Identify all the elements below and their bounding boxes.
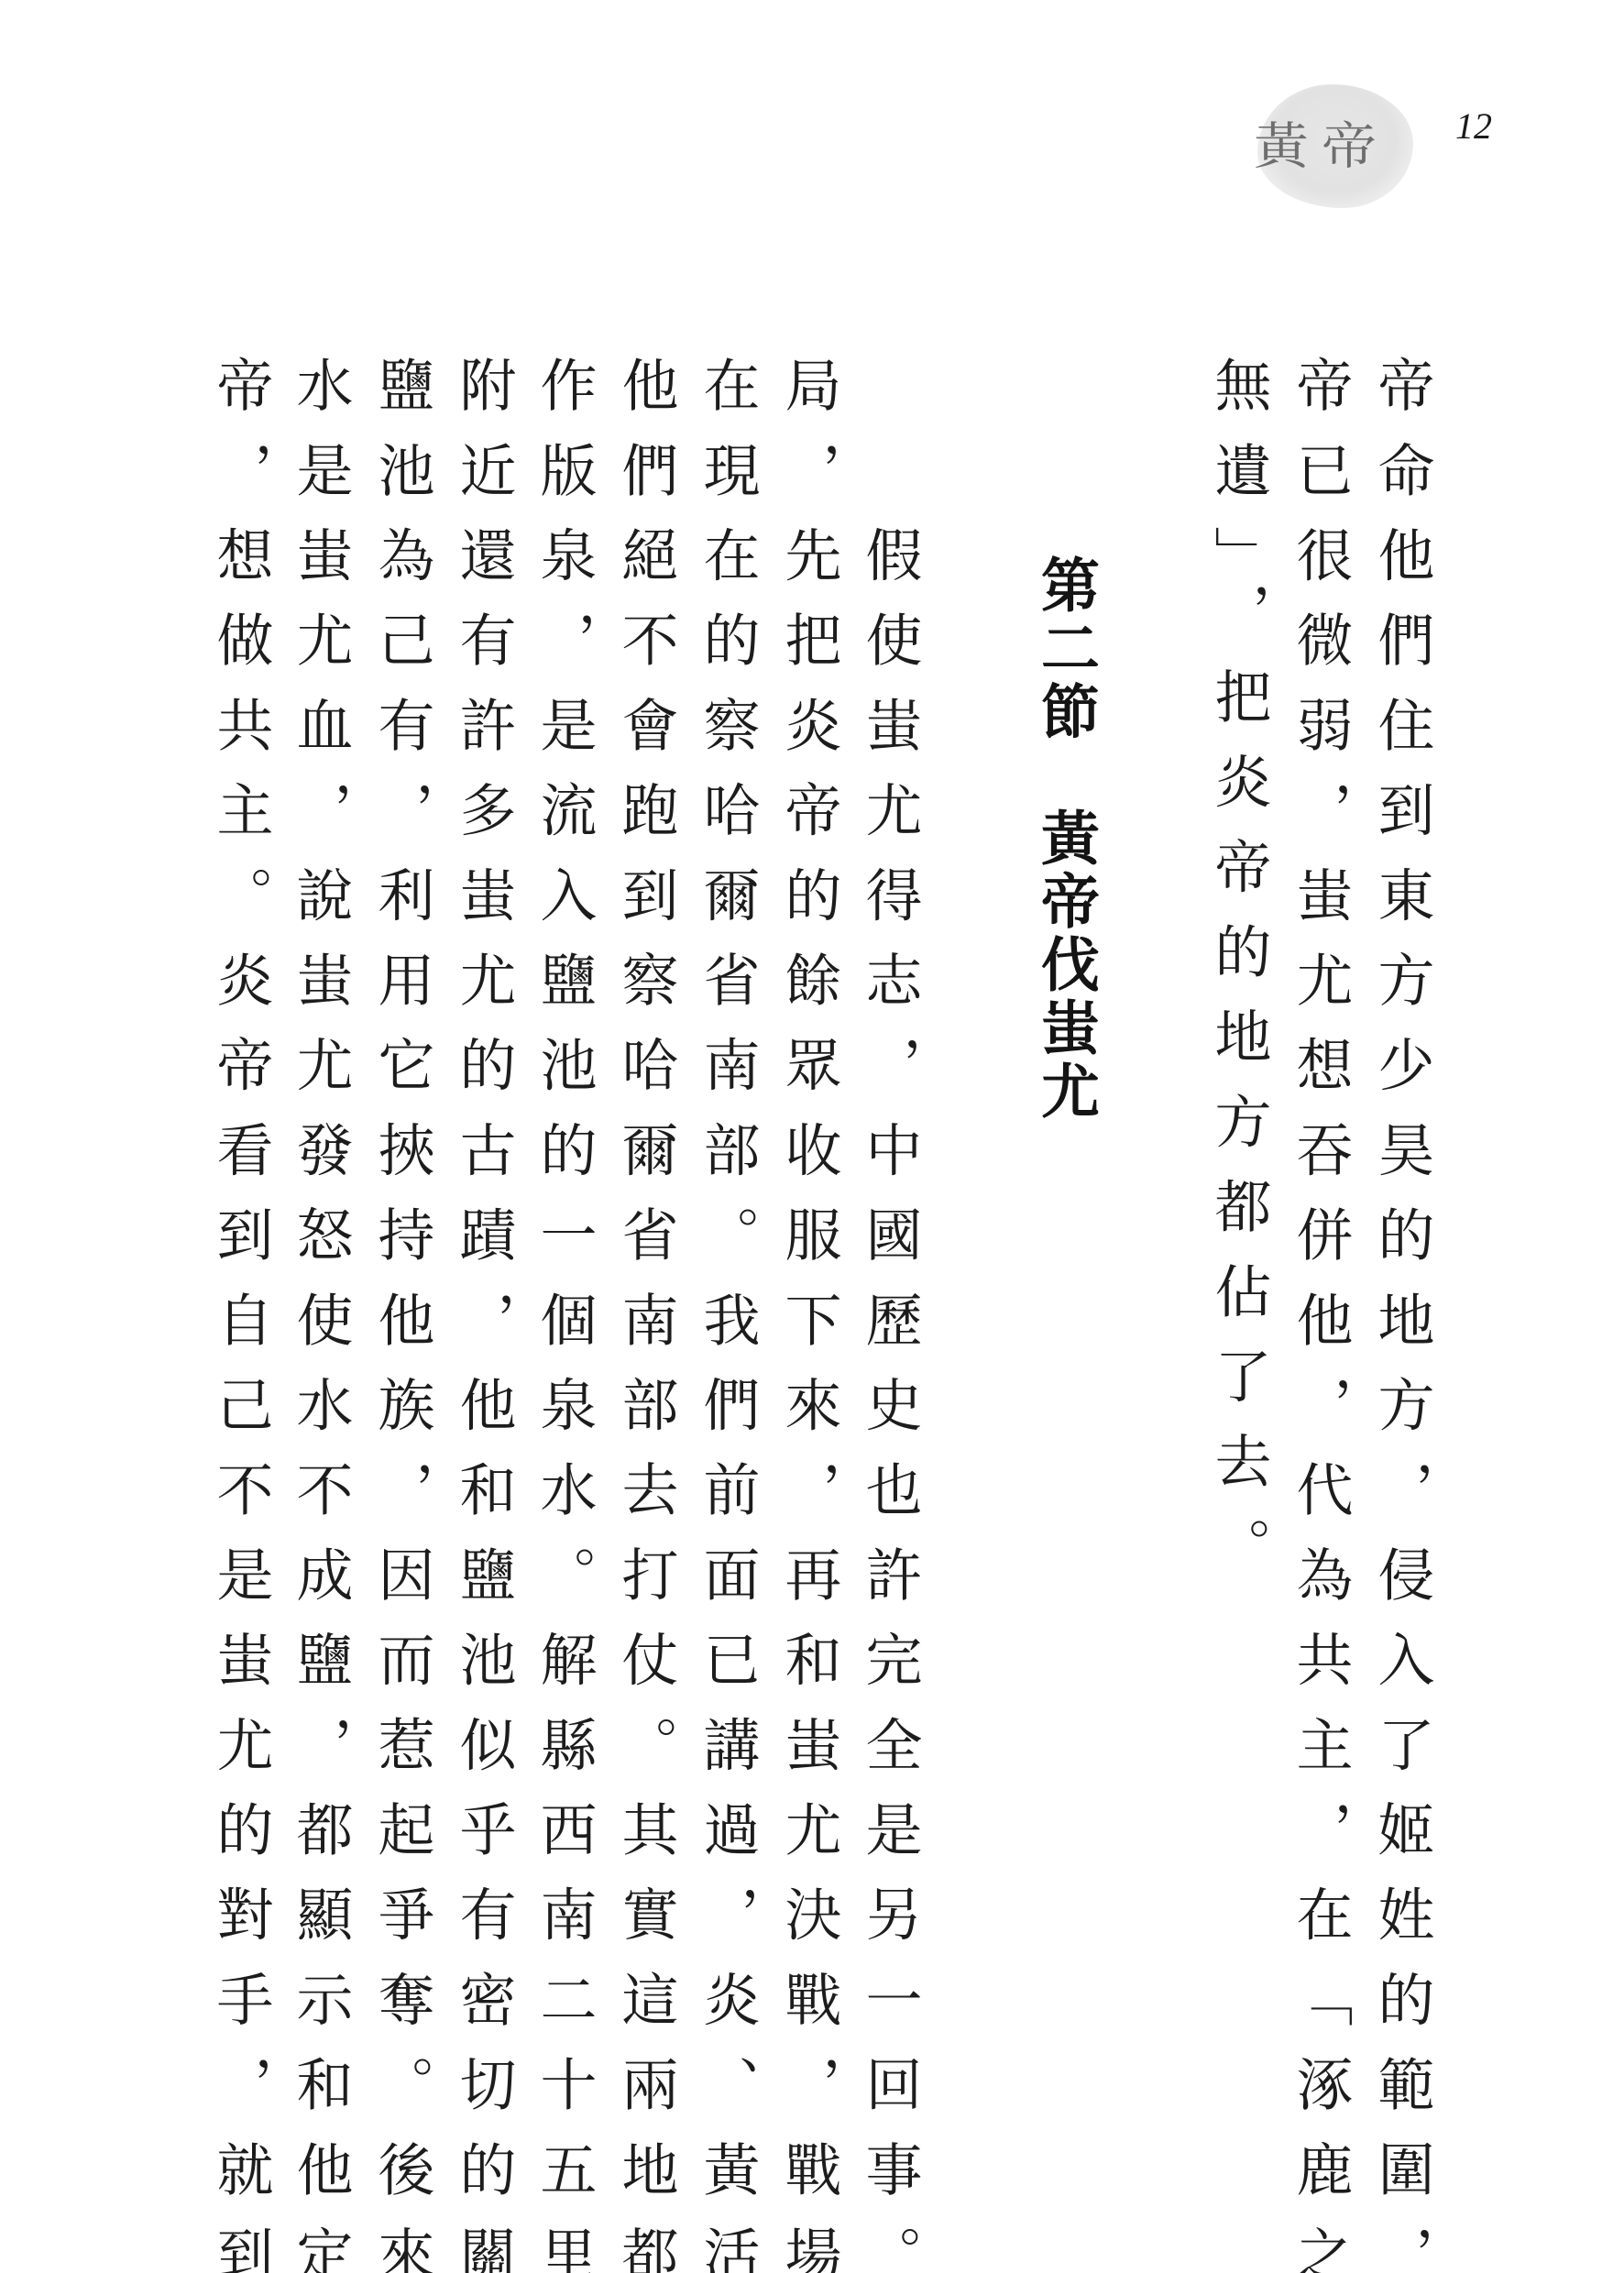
text-column-4: 他們絕不會跑到察哈爾省南部去打仗。其實這兩地都在現在的山西解縣鹽池附近，阪泉有時… (613, 356, 677, 2060)
page-number: 12 (1455, 108, 1492, 145)
text-column-5: 作版泉，是流入鹽池的一個泉水。解縣西南二十五里有濁澤，一名涿澤，就是古時的涿鹿。… (532, 356, 596, 2060)
text-column-prev-2: 帝已很微弱，蚩尤想吞併他，代為共主，在「涿鹿之阿」發生戰爭，把炎帝打得落花流水，… (1288, 356, 1352, 2060)
text-column-8: 水是蚩尤血，說蚩尤發怒使水不成鹽，都顯示和他定有關係。蚩尤把炎帝榆罔趕跑，自己也… (288, 356, 352, 2060)
text-column-9: 帝，想做共主。炎帝看到自己不是蚩尤的對手，就到黃帝那裡請他幫忙。姜姓部族歷史很久… (208, 356, 272, 2060)
text-column-prev-1: 帝命他們住到東方少昊的地方，侵入了姬姓的範圍，蚩尤似乎不願意和東方強盛的部族衝突… (1369, 356, 1433, 2060)
running-header-book-title: 黃帝 (1254, 121, 1389, 171)
text-column-3: 在現在的察哈爾省南部。我們前面已講過，炎、黃活動的區域差不多限於河南省和山西省南… (695, 356, 759, 2060)
text-column-prev-3: 無遺」，把炎帝的地方都佔了去。 (1206, 356, 1270, 2060)
section-heading: 第二節 黃帝伐蚩尤 (1028, 555, 1102, 1104)
text-column-6: 附近還有許多蚩尤的古蹟，他和鹽池似乎有密切的關係，或者當時已盛行食鹽。強有力的部… (451, 356, 515, 2060)
text-column-7: 鹽池為己有，利用它挾持他族，因而惹起爭奪。後來鹽池晒鹽，崇奉蚩尤神，還有種種神話… (369, 356, 433, 2060)
text-column-2: 局，先把炎帝的餘眾收服下來，再和蚩尤決戰，戰場是在阪泉、涿鹿兩地，後來往往認為兩… (776, 356, 840, 2060)
book-page: 黃帝 12 帝命他們住到東方少昊的地方，侵入了姬姓的範圍，蚩尤似乎不願意和東方強… (0, 0, 1624, 2273)
text-column-1: 假使蚩尤得志，中國歷史也許完全是另一回事。炎帝處置不當，覆亡逃遁。黃帝起來收拾殘 (857, 356, 921, 2060)
